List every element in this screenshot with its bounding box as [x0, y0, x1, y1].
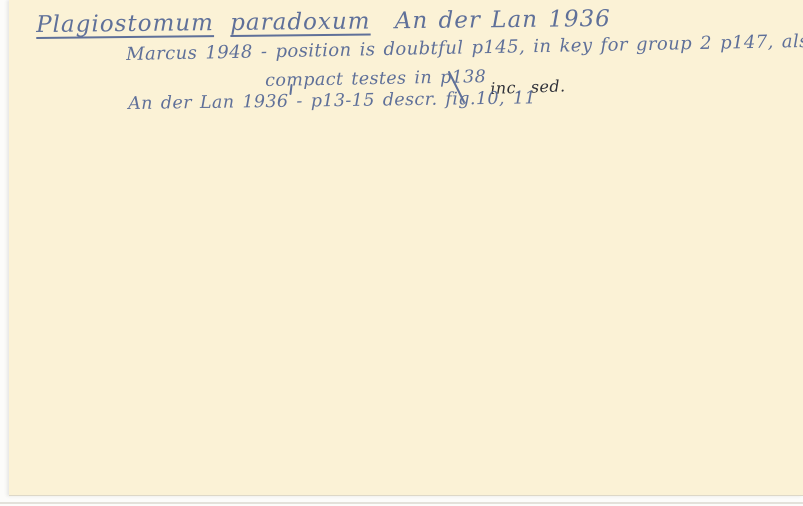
- scan-background: Plagiostomum paradoxum An der Lan 1936 M…: [0, 0, 803, 506]
- genus-name: Plagiostomum: [36, 10, 214, 38]
- note-an-der-lan-reference: An der Lan 1936 - p13-15 descr. fig.10, …: [128, 88, 536, 114]
- species-title-line: Plagiostomum paradoxum An der Lan 1936: [36, 6, 611, 38]
- scan-edge-line: [0, 502, 803, 504]
- index-card: Plagiostomum paradoxum An der Lan 1936 M…: [9, 0, 803, 496]
- species-epithet: paradoxum: [230, 8, 371, 35]
- species-authority: An der Lan 1936: [395, 6, 611, 34]
